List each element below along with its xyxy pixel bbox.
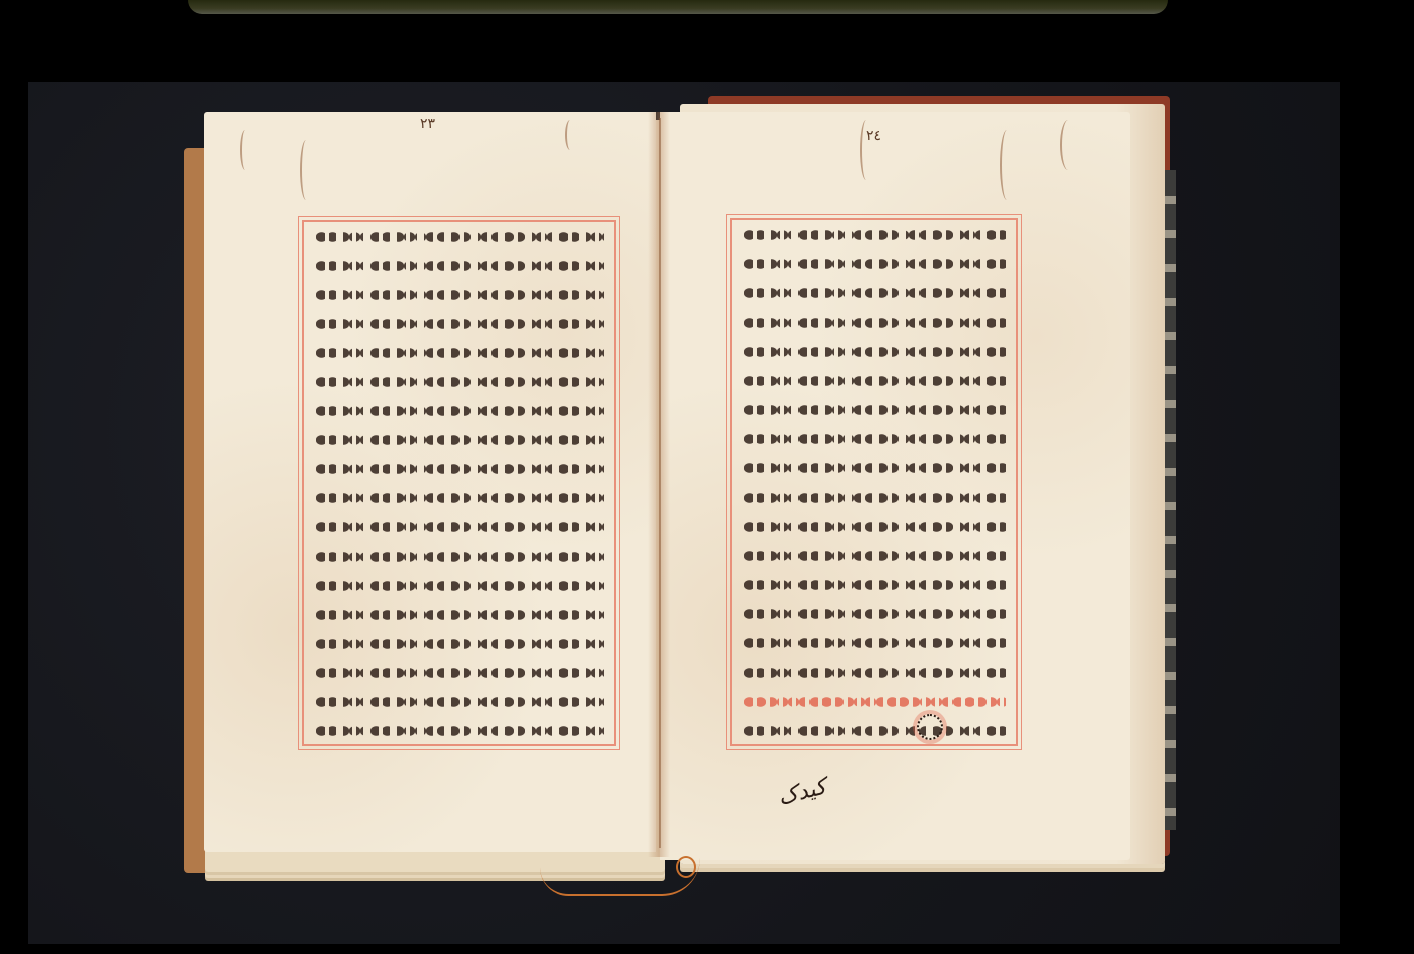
line-label: line 3 — [744, 286, 745, 287]
left-text-line: line 18 — [316, 724, 604, 738]
spine-fold — [659, 118, 661, 848]
folio-number-right: ٢٤ — [866, 128, 881, 144]
line-label: line 13 — [744, 578, 745, 579]
wormhole-trace — [1060, 120, 1076, 170]
left-text-line: line 10 — [316, 491, 604, 505]
left-text-line: line 16 — [316, 666, 604, 680]
right-text-line: line 14 — [744, 607, 1006, 621]
line-label: line 12 — [316, 550, 317, 551]
line-label: line 17 (red rubric) — [744, 695, 745, 696]
previous-frame-strip — [188, 0, 1168, 14]
line-label: line 15 — [316, 637, 317, 638]
line-label: line 2 — [744, 257, 745, 258]
left-text-line: line 4 — [316, 317, 604, 331]
right-text-block: line 1line 2line 3line 4line 5line 6line… — [730, 218, 1018, 746]
line-label: line 14 — [316, 608, 317, 609]
line-label: line 9 — [744, 461, 745, 462]
wormhole-trace — [300, 140, 312, 200]
right-text-line: line 11 — [744, 520, 1006, 534]
wormhole-trace — [565, 120, 575, 150]
line-label: line 16 — [316, 666, 317, 667]
line-label: line 11 — [744, 520, 745, 521]
binding-thread-loop — [676, 856, 696, 878]
line-label: line 10 — [744, 491, 745, 492]
line-label: line 13 — [316, 579, 317, 580]
left-text-line: line 12 — [316, 550, 604, 564]
line-label: line 2 — [316, 259, 317, 260]
right-text-line: line 3 — [744, 286, 1006, 300]
left-text-line: line 17 — [316, 695, 604, 709]
right-text-line: line 5 — [744, 345, 1006, 359]
line-label: line 3 — [316, 288, 317, 289]
wormhole-trace — [240, 130, 250, 170]
line-label: line 6 — [744, 374, 745, 375]
line-label: line 16 — [744, 666, 745, 667]
right-text-line: line 8 — [744, 432, 1006, 446]
marginal-note: الله — [0, 0, 1, 1]
line-label: line 6 — [316, 375, 317, 376]
line-label: line 7 — [316, 404, 317, 405]
line-label: line 18 — [316, 724, 317, 725]
line-label: line 8 — [744, 432, 745, 433]
line-label: line 12 — [744, 549, 745, 550]
right-text-line: line 18 (with rosette) — [744, 724, 1006, 738]
line-label: line 4 — [316, 317, 317, 318]
line-label: line 9 — [316, 462, 317, 463]
right-text-line: line 2 — [744, 257, 1006, 271]
right-text-line: line 1 — [744, 228, 1006, 242]
line-label: line 18 (with rosette) — [744, 724, 745, 725]
right-text-line: line 10 — [744, 491, 1006, 505]
left-text-line: line 8 — [316, 433, 604, 447]
line-label: line 5 — [316, 346, 317, 347]
line-label: line 10 — [316, 491, 317, 492]
folio-number-left: ٢٣ — [420, 116, 435, 132]
left-text-line: line 5 — [316, 346, 604, 360]
left-text-line: line 1 — [316, 230, 604, 244]
left-text-line: line 2 — [316, 259, 604, 273]
line-label: line 4 — [744, 316, 745, 317]
left-text-line: line 9 — [316, 462, 604, 476]
right-text-line: line 7 — [744, 403, 1006, 417]
wormhole-trace — [1000, 130, 1014, 200]
line-label: line 1 — [316, 230, 317, 231]
line-label: line 17 — [316, 695, 317, 696]
line-label: line 8 — [316, 433, 317, 434]
left-text-block: line 1line 2line 3line 4line 5line 6line… — [302, 220, 616, 746]
right-text-lines: line 1line 2line 3line 4line 5line 6line… — [744, 228, 1006, 738]
line-label: line 1 — [744, 228, 745, 229]
left-text-line: line 11 — [316, 520, 604, 534]
right-text-line: line 6 — [744, 374, 1006, 388]
left-text-line: line 14 — [316, 608, 604, 622]
rosette-ornament — [917, 714, 943, 740]
line-label: line 5 — [744, 345, 745, 346]
right-text-line: line 15 — [744, 636, 1006, 650]
right-text-line: line 16 — [744, 666, 1006, 680]
line-label: line 11 — [316, 520, 317, 521]
right-text-line: line 12 — [744, 549, 1006, 563]
right-text-line: line 13 — [744, 578, 1006, 592]
left-text-lines: line 1line 2line 3line 4line 5line 6line… — [316, 230, 604, 738]
line-label: line 15 — [744, 636, 745, 637]
right-text-line: line 4 — [744, 316, 1006, 330]
right-text-line: line 17 (red rubric) — [744, 695, 1006, 709]
left-text-line: line 15 — [316, 637, 604, 651]
left-text-line: line 6 — [316, 375, 604, 389]
line-label: line 14 — [744, 607, 745, 608]
right-text-line: line 9 — [744, 461, 1006, 475]
line-label: line 7 — [744, 403, 745, 404]
left-text-line: line 3 — [316, 288, 604, 302]
left-text-line: line 7 — [316, 404, 604, 418]
left-text-line: line 13 — [316, 579, 604, 593]
